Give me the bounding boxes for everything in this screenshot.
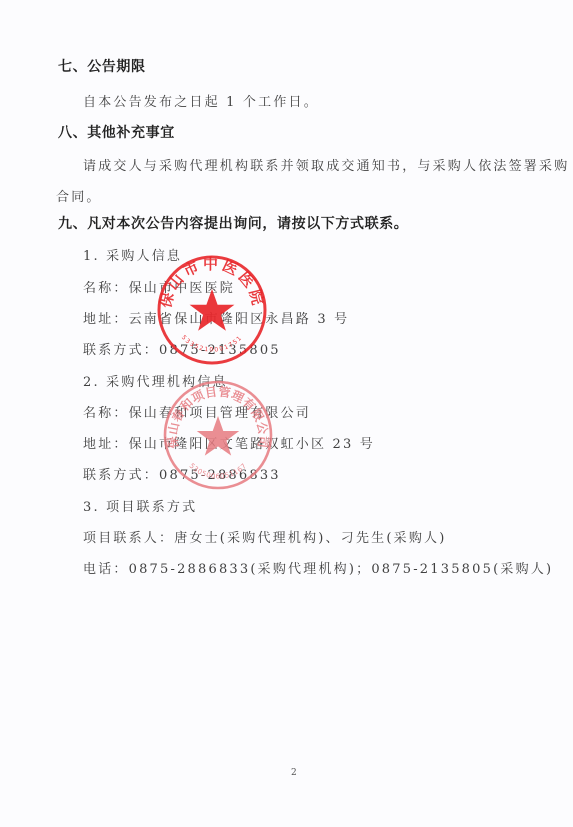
document-page: 七、公告期限 自本公告发布之日起 1 个工作日。 八、其他补充事宜 请成交人与采… (0, 0, 573, 827)
section-8-body-line1: 请成交人与采购代理机构联系并领取成交通知书，与采购人依法签署采购 (83, 155, 569, 174)
agency-address: 地址：保山市隆阳区文笔路双虹小区 23 号 (83, 433, 375, 452)
purchaser-address: 地址：云南省保山市隆阳区永昌路 3 号 (83, 308, 349, 327)
project-phones: 电话：0875-2886833(采购代理机构)；0875-2135805(采购人… (83, 558, 553, 577)
purchaser-info-title: 1. 采购人信息 (83, 245, 182, 264)
page-number: 2 (291, 768, 297, 778)
section-heading-7: 七、公告期限 (58, 56, 146, 76)
purchaser-name: 名称：保山市中医医院 (83, 277, 235, 296)
section-heading-8: 八、其他补充事宜 (58, 122, 175, 142)
section-7-body: 自本公告发布之日起 1 个工作日。 (83, 91, 319, 110)
section-heading-9: 九、凡对本次公告内容提出询问，请按以下方式联系。 (58, 213, 408, 233)
purchaser-contact: 联系方式：0875-2135805 (83, 339, 281, 358)
agency-info-title: 2. 采购代理机构信息 (83, 371, 228, 390)
agency-name: 名称：保山春和项目管理有限公司 (83, 402, 311, 421)
section-8-body-line2: 合同。 (56, 186, 102, 205)
project-contact-title: 3. 项目联系方式 (83, 496, 197, 515)
project-contacts: 项目联系人：唐女士(采购代理机构)、刁先生(采购人) (83, 527, 447, 546)
agency-contact: 联系方式：0875-2886833 (83, 464, 281, 483)
